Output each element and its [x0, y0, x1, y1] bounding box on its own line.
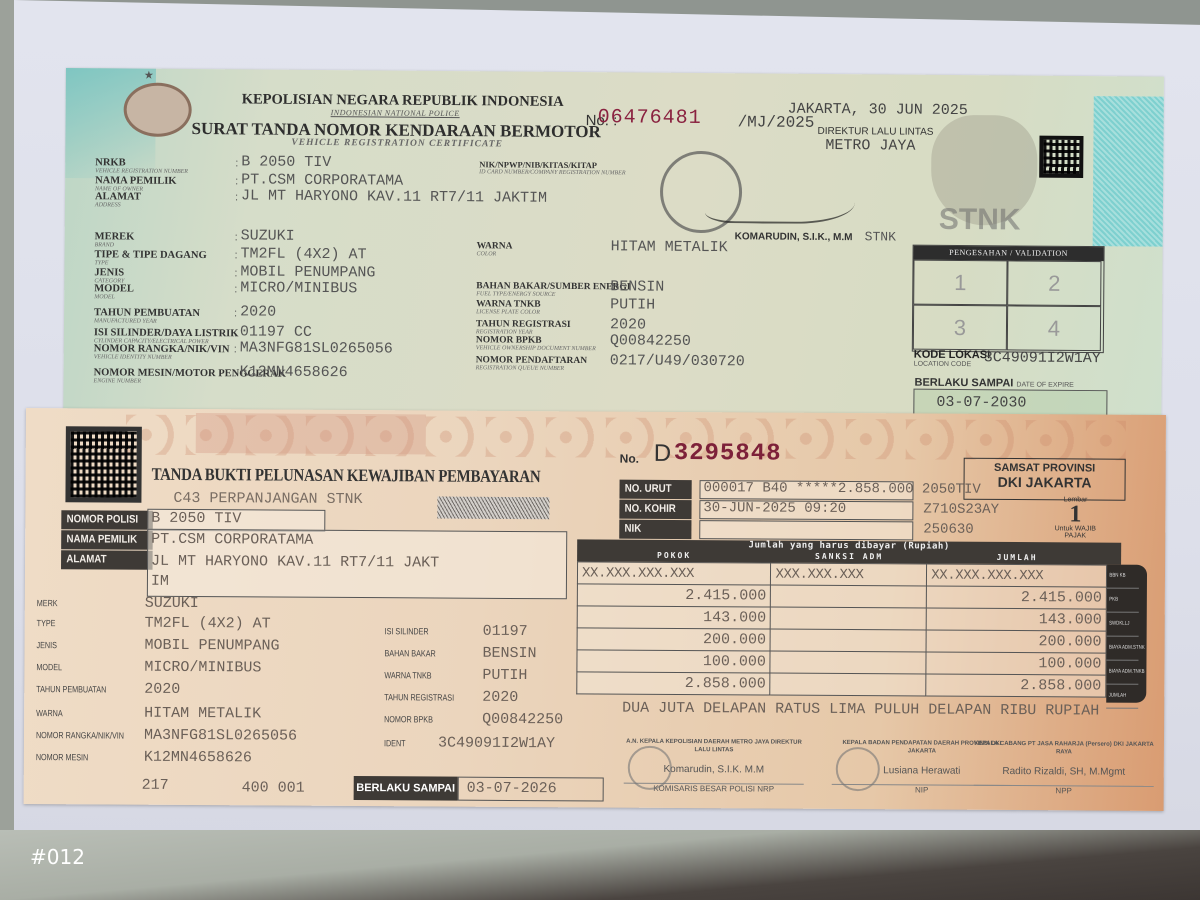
location-code: 3C49091I2W1AY	[984, 349, 1101, 367]
payment-code: PKB	[1107, 589, 1139, 613]
payment-pokok: 100.000	[577, 650, 771, 673]
footer-code: 400 001	[242, 779, 305, 796]
separator: :	[234, 327, 237, 339]
field-label: WARNACOLOR	[477, 241, 513, 258]
field-value: SUZUKI	[241, 227, 295, 244]
vehicle-label: TAHUN PEMBUATAN	[36, 684, 106, 694]
owner-name: PT.CSM CORPORATAMA	[151, 531, 313, 549]
field-value: JL MT HARYONO KAV.11 RT7/11 JAKTIM	[241, 187, 547, 206]
vehicle-value: MOBIL PENUMPANG	[145, 637, 280, 655]
vehicle-label: MERK	[37, 598, 58, 608]
field-value: BENSIN	[610, 278, 664, 295]
vehicle-label: TAHUN REGISTRASI	[384, 692, 454, 702]
kohir-value: 000017 B40 *****2.858.000 2050TIV	[703, 480, 980, 498]
field-value: 01197 CC	[240, 323, 312, 341]
photo-label: #012	[30, 845, 85, 869]
field-value: TM2FL (4X2) AT	[240, 245, 366, 263]
samsat-title: SAMSAT PROVINSI	[965, 462, 1125, 475]
amount-in-words: DUA JUTA DELAPAN RATUS LIMA PULUH DELAPA…	[622, 698, 1142, 722]
signer-name: KOMARUDIN, S.I.K., M.M	[735, 231, 853, 243]
signature	[705, 169, 855, 224]
receipt-expiry-label: BERLAKU SAMPAI	[354, 776, 458, 801]
payment-code: BIAYA ADM.STNK	[1106, 637, 1138, 661]
vehicle-label: JENIS	[37, 640, 57, 650]
vehicle-value: SUZUKI	[145, 595, 199, 612]
kohir-cell	[699, 520, 913, 540]
vehicle-label: IDENT	[384, 738, 406, 748]
vehicle-label: NOMOR BPKB	[384, 714, 433, 724]
receipt-subtitle: C43 PERPANJANGAN STNK	[173, 490, 362, 508]
payment-sanksi	[771, 585, 927, 608]
address-line-1: JL MT HARYONO KAV.11 RT7/11 JAKT	[151, 553, 439, 572]
signatory-jasa-raharja: KEPALA CABANG PT JASA RAHARJA (Persero) …	[974, 740, 1154, 796]
vehicle-value: MICRO/MINIBUS	[144, 659, 261, 677]
field-value: HITAM METALIK	[611, 238, 728, 256]
agency-name-en: INDONESIAN NATIONAL POLICE	[331, 108, 460, 118]
stamp-icon	[628, 746, 672, 790]
field-label: ALAMATADDRESS	[95, 192, 141, 209]
owner-label: NAMA PEMILIK	[61, 530, 153, 550]
payment-row: 2.858.0002.858.000	[577, 672, 1106, 697]
separator: :	[235, 231, 238, 243]
payment-table: XX.XXX.XXX.XXXXXX.XXX.XXXXX.XXX.XXX.XXX2…	[576, 561, 1107, 697]
director-label: DIREKTUR LALU LINTAS	[817, 126, 933, 138]
payment-code: BBN KB	[1107, 565, 1139, 589]
table-surface	[0, 830, 1200, 900]
payment-row: XX.XXX.XXX.XXXXXX.XXX.XXXXX.XXX.XXX.XXX	[577, 562, 1106, 587]
field-value: Q00842250	[610, 332, 691, 350]
field-label: NRKBVEHICLE REGISTRATION NUMBER	[95, 158, 188, 176]
field-label: WARNA TNKBLICENSE PLATE COLOR	[476, 299, 541, 317]
field-label: NOMOR BPKBVEHICLE OWNERSHIP DOCUMENT NUM…	[476, 335, 596, 353]
payment-row: 143.000143.000	[577, 606, 1106, 631]
payment-sanksi	[770, 629, 926, 652]
vehicle-value: MA3NFG81SL0265056	[144, 727, 297, 745]
field-value: 0217/U49/030720	[610, 352, 745, 370]
field-label: TAHUN REGISTRASIREGISTRATION YEAR	[476, 319, 571, 337]
field-value: MA3NFG81SL0265056	[240, 339, 393, 357]
stnk-watermark: STNK	[939, 203, 1021, 238]
place-date: JAKARTA, 30 JUN 2025	[788, 101, 968, 119]
kohir-date-code: 250630	[923, 521, 974, 537]
payment-pokok: XX.XXX.XXX.XXX	[577, 562, 771, 585]
receipt-title: TANDA BUKTI PELUNASAN KEWAJIBAN PEMBAYAR…	[152, 464, 541, 487]
signatory-police: A.N. KEPALA KEPOLISIAN DAERAH METRO JAYA…	[624, 738, 804, 794]
vehicle-label: WARNA TNKB	[384, 670, 431, 680]
kohir-value: 30-JUN-2025 09:20	[703, 500, 846, 517]
vehicle-value: 2020	[144, 681, 180, 698]
validation-cell: 4	[1007, 305, 1101, 351]
vehicle-value: TM2FL (4X2) AT	[145, 615, 271, 633]
validation-cell: 2	[1007, 260, 1101, 306]
payment-sanksi: XXX.XXX.XXX	[771, 563, 927, 586]
payment-jumlah: 200.000	[926, 630, 1106, 653]
location-code-label: KODE LOKASILOCATION CODE	[914, 351, 991, 370]
vehicle-label: WARNA	[36, 708, 63, 718]
separator: :	[235, 191, 238, 203]
document-title-en: VEHICLE REGISTRATION CERTIFICATE	[291, 138, 503, 150]
nik-label: NIK/NPWP/NIB/KITAS/KITAPID CARD NUMBER/C…	[479, 159, 625, 177]
column-jumlah: JUMLAH	[927, 553, 1107, 563]
vehicle-label: NOMOR MESIN	[36, 752, 88, 762]
vehicle-label: TYPE	[37, 618, 56, 628]
vehicle-value: K12MN4658626	[144, 749, 252, 767]
qr-code-icon	[65, 426, 141, 502]
vehicle-label: NOMOR RANGKA/NIK/VIN	[36, 730, 124, 741]
vehicle-value: 3C49091I2W1AY	[438, 735, 555, 753]
payment-row: 200.000200.000	[577, 628, 1106, 653]
security-pattern	[1093, 96, 1164, 247]
stamp-icon	[836, 747, 880, 791]
payment-jumlah: 100.000	[926, 652, 1106, 675]
director-area: METRO JAYA	[825, 137, 915, 155]
samsat-region: DKI JAKARTA	[965, 474, 1125, 491]
payment-pokok: 200.000	[577, 628, 771, 651]
separator: :	[234, 249, 237, 261]
payment-sanksi	[770, 673, 926, 696]
receipt-expiry-box: 03-07-2026	[458, 777, 604, 802]
security-barcode	[437, 497, 549, 520]
samsat-box: SAMSAT PROVINSI DKI JAKARTA	[963, 458, 1125, 501]
field-label: NOMOR RANGKA/NIK/VINVEHICLE IDENTITY NUM…	[94, 344, 230, 362]
vehicle-value: 01197	[483, 623, 528, 640]
payment-pokok: 2.415.000	[577, 584, 771, 607]
payment-jumlah: 2.415.000	[927, 586, 1107, 609]
payment-jumlah: 2.858.000	[926, 674, 1106, 697]
payment-sanksi	[770, 651, 926, 674]
field-value: 2020	[610, 316, 646, 333]
separator: :	[235, 157, 238, 169]
address-line-2: IM	[151, 573, 169, 590]
police-emblem-icon	[123, 82, 191, 137]
signatory-name: Radito Rizaldi, SH, M.Mgmt	[974, 766, 1154, 778]
separator: :	[234, 307, 237, 319]
vehicle-value: Q00842250	[482, 711, 563, 728]
validation-cell: 1	[913, 260, 1007, 306]
document-number: 06476481	[598, 106, 702, 130]
expiry-date: 03-07-2030	[936, 394, 1026, 412]
vehicle-value: PUTIH	[482, 667, 527, 684]
kohir-code: Z710S23AY	[923, 501, 999, 517]
plate-number: B 2050 TIV	[151, 510, 241, 528]
payment-row-codes: BBN KBPKBSWDKLLJBIAYA ADM.STNKBIAYA ADM.…	[1106, 565, 1147, 703]
vehicle-value: HITAM METALIK	[144, 705, 261, 723]
receipt-number: 3295848	[674, 440, 782, 468]
validation-grid: PENGESAHAN / VALIDATION 1 2 3 4	[912, 245, 1105, 354]
field-value: B 2050 TIV	[241, 153, 331, 171]
vehicle-label: MODEL	[36, 662, 62, 672]
column-sanksi: SANKSI ADM	[771, 552, 927, 562]
field-label: NOMOR PENDAFTARANREGISTRATION QUEUE NUMB…	[476, 355, 588, 373]
payment-pokok: 2.858.000	[577, 672, 771, 695]
separator: :	[235, 175, 238, 187]
address-label: ALAMAT	[61, 550, 153, 570]
kohir-label: NO. KOHIR	[619, 500, 691, 519]
receipt-expiry-date: 03-07-2026	[467, 780, 557, 798]
payment-pokok: 143.000	[577, 606, 771, 629]
field-label: TIPE & TIPE DAGANGTYPE	[94, 250, 206, 268]
field-label: TAHUN PEMBUATANMANUFACTURED YEAR	[94, 308, 200, 326]
field-value: K12MN4658626	[240, 363, 348, 381]
validation-title: PENGESAHAN / VALIDATION	[914, 246, 1104, 261]
copy-indicator: Lembar 1 Untuk WAJIB PAJAK	[1045, 496, 1105, 539]
plate-label: NOMOR POLISI	[61, 510, 153, 530]
payment-row: 2.415.0002.415.000	[577, 584, 1106, 609]
payment-code: SWDKLLJ	[1107, 613, 1139, 637]
payment-receipt: TANDA BUKTI PELUNASAN KEWAJIBAN PEMBAYAR…	[24, 408, 1166, 811]
column-pokok: POKOK	[577, 550, 771, 560]
footer-code: 217	[142, 777, 169, 794]
payment-row: 100.000100.000	[577, 650, 1106, 675]
separator: :	[234, 367, 237, 379]
kohir-label: NIK	[619, 520, 691, 539]
receipt-number-label: No.	[620, 452, 639, 466]
field-label: BAHAN BAKAR/SUMBER ENERGIFUEL TYPE/ENERG…	[476, 281, 630, 299]
separator: :	[234, 267, 237, 279]
stnk-certificate: ★★★ KEPOLISIAN NEGARA REPUBLIK INDONESIA…	[63, 68, 1164, 427]
separator: :	[234, 343, 237, 355]
payment-jumlah: 143.000	[926, 608, 1106, 631]
validation-cell: 3	[913, 305, 1007, 351]
vehicle-label: ISI SILINDER	[385, 626, 429, 636]
field-value: PUTIH	[610, 296, 655, 313]
separator: :	[234, 283, 237, 295]
payment-code: BIAYA ADM.TNKB	[1106, 661, 1138, 685]
vehicle-value: BENSIN	[482, 645, 536, 662]
ornament-band	[196, 413, 426, 454]
field-label: MODELMODEL	[94, 284, 134, 301]
receipt-number-prefix: D	[654, 440, 672, 468]
field-value: 2020	[240, 303, 276, 320]
kohir-block: NO. URUT 000017 B40 *****2.858.000 2050T…	[619, 480, 919, 542]
vehicle-value: 2020	[482, 689, 518, 706]
field-value: MICRO/MINIBUS	[240, 279, 357, 297]
payment-sanksi	[771, 607, 927, 630]
signatory-role: KEPALA CABANG PT JASA RAHARJA (Persero) …	[974, 740, 1154, 757]
payment-jumlah: XX.XXX.XXX.XXX	[927, 564, 1107, 587]
signer-suffix: STNK	[865, 229, 896, 244]
field-label: MEREKBRAND	[95, 232, 135, 249]
signatory-id-label: NPP	[974, 785, 1154, 796]
kohir-label: NO. URUT	[619, 480, 691, 499]
qr-code-icon	[1039, 136, 1083, 178]
vehicle-label: BAHAN BAKAR	[384, 648, 435, 658]
